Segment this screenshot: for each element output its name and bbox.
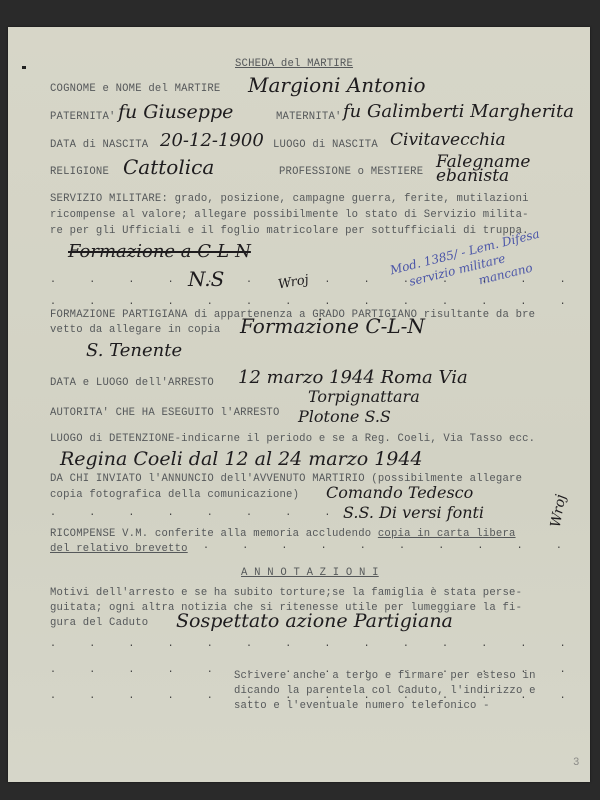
luogo-nascita-value: Civitavecchia — [390, 130, 506, 150]
document-page: SCHEDA del MARTIRE COGNOME e NOME del MA… — [8, 27, 590, 782]
servizio-militare-struck-value: Formazione a C-L-N — [68, 241, 251, 262]
autorita-label: AUTORITA' CHE HA ESEGUITO l'ARRESTO — [50, 407, 280, 419]
ricompense-initials: Wroj — [548, 493, 570, 529]
arresto-value: 12 marzo 1944 Roma Via — [238, 367, 468, 388]
detenzione-value: Regina Coeli dal 12 al 24 marzo 1944 — [60, 448, 423, 470]
footer-note-3: satto e l'eventuale numero telefonico - — [234, 700, 490, 712]
dotted-line: . . . . . . . . . . . . . . . . . . . . … — [50, 639, 600, 650]
cognome-nome-value: Margioni Antonio — [248, 73, 426, 97]
ricompense-label: RICOMPENSE V.M. conferite alla memoria a… — [50, 528, 516, 540]
cognome-nome-label: COGNOME e NOME del MARTIRE — [50, 83, 221, 95]
maternita-label: MATERNITA' — [276, 111, 342, 123]
data-nascita-value: 20-12-1900 — [160, 130, 264, 151]
annotazioni-label-3: gura del Caduto — [50, 617, 148, 629]
ricompense-label-2: del relativo brevetto — [50, 543, 188, 555]
servizio-militare-label-1: SERVIZIO MILITARE: grado, posizione, cam… — [50, 193, 529, 205]
punch-mark — [22, 66, 26, 69]
grado-value: S. Tenente — [86, 340, 182, 361]
ricompense-label-underlined: copia in carta libera — [378, 528, 516, 540]
detenzione-label: LUOGO di DETENZIONE-indicarne il periodo… — [50, 433, 535, 445]
footer-note-2: dicando la parentela col Caduto, l'indir… — [234, 685, 536, 697]
annuncio-label-2: copia fotografica della comunicazione) — [50, 489, 299, 501]
paternita-label: PATERNITA' — [50, 111, 116, 123]
autorita-value-1: Torpignattara — [308, 387, 420, 406]
religione-label: RELIGIONE — [50, 166, 109, 178]
footer-note-1: Scrivere anche a tergo e firmare per est… — [234, 670, 536, 682]
annotazioni-heading: A N N O T A Z I O N I — [241, 567, 379, 579]
servizio-militare-label-3: re per gli Ufficiali e il foglio matrico… — [50, 225, 529, 237]
dotted-line: . . . . . . . . . . . . . . . . . . . . … — [50, 297, 600, 308]
professione-label: PROFESSIONE o MESTIERE — [279, 166, 423, 178]
dotted-line: . . . . . . . . . . . . . . . . . . . . … — [50, 275, 600, 286]
formazione-value: Formazione C-L-N — [240, 314, 425, 338]
page-number: 3 — [573, 757, 580, 769]
servizio-militare-label-2: ricompense al valore; allegare possibilm… — [50, 209, 529, 221]
annuncio-value-2: S.S. Di versi fonti — [343, 503, 484, 522]
ricompense-label-part1: RICOMPENSE V.M. conferite alla memoria a… — [50, 528, 378, 540]
autorita-value-2: Plotone S.S — [298, 407, 391, 426]
religione-value: Cattolica — [123, 155, 214, 179]
dotted-line: . . . . . . . . . . . . . . . . . . . . … — [203, 541, 563, 552]
dotted-line: . . . . . . . . . . . . . . . . . . . . … — [50, 508, 330, 519]
luogo-nascita-label: LUOGO di NASCITA — [273, 139, 378, 151]
document-title: SCHEDA del MARTIRE — [235, 58, 353, 70]
professione-value: Falegname ebanista — [436, 155, 566, 183]
paternita-value: fu Giuseppe — [118, 101, 233, 123]
formazione-label-2: vetto da allegare in copia — [50, 324, 221, 336]
annotazioni-value: Sospettato azione Partigiana — [176, 610, 453, 632]
annotazioni-label-1: Motivi dell'arresto e se ha subito tortu… — [50, 587, 522, 599]
arresto-label: DATA e LUOGO dell'ARRESTO — [50, 377, 214, 389]
maternita-value: fu Galimberti Margherita — [343, 101, 574, 122]
data-nascita-label: DATA di NASCITA — [50, 139, 148, 151]
annuncio-value-1: Comando Tedesco — [326, 483, 473, 502]
